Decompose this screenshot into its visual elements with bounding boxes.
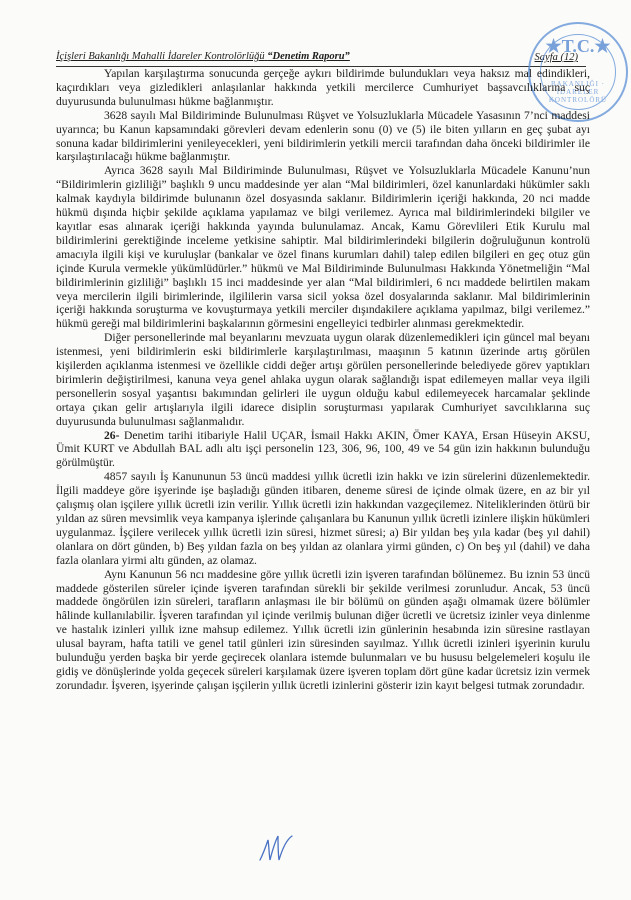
signature-icon	[258, 832, 298, 864]
finding-paragraph: 26- Denetim tarihi itibariyle Halil UÇAR…	[56, 429, 590, 471]
paragraph: Aynı Kanunun 56 ncı maddesine göre yıllı…	[56, 568, 590, 693]
paragraph: Ayrıca 3628 sayılı Mal Bildiriminde Bulu…	[56, 164, 590, 331]
finding-number: 26-	[104, 429, 119, 442]
finding-text: Denetim tarihi itibariyle Halil UÇAR, İs…	[56, 429, 590, 470]
stamp-tc-text: ★T.C.★	[530, 36, 626, 57]
paragraph: Diğer personellerinde mal beyanlarını me…	[56, 331, 590, 428]
header-title: İçişleri Bakanlığı Mahalli İdareler Kont…	[56, 51, 350, 62]
page-header: İçişleri Bakanlığı Mahalli İdareler Kont…	[56, 50, 586, 67]
paragraph: 4857 sayılı İş Kanununun 53 üncü maddesi…	[56, 470, 590, 567]
paragraph: Yapılan karşılaştırma sonucunda gerçeğe …	[56, 67, 590, 109]
document-body: Yapılan karşılaştırma sonucunda gerçeğe …	[56, 67, 590, 693]
paragraph: 3628 sayılı Mal Bildiriminde Bulunulması…	[56, 109, 590, 165]
document-page: İçişleri Bakanlığı Mahalli İdareler Kont…	[0, 0, 631, 900]
header-report-name: “Denetim Raporu”	[267, 51, 350, 62]
